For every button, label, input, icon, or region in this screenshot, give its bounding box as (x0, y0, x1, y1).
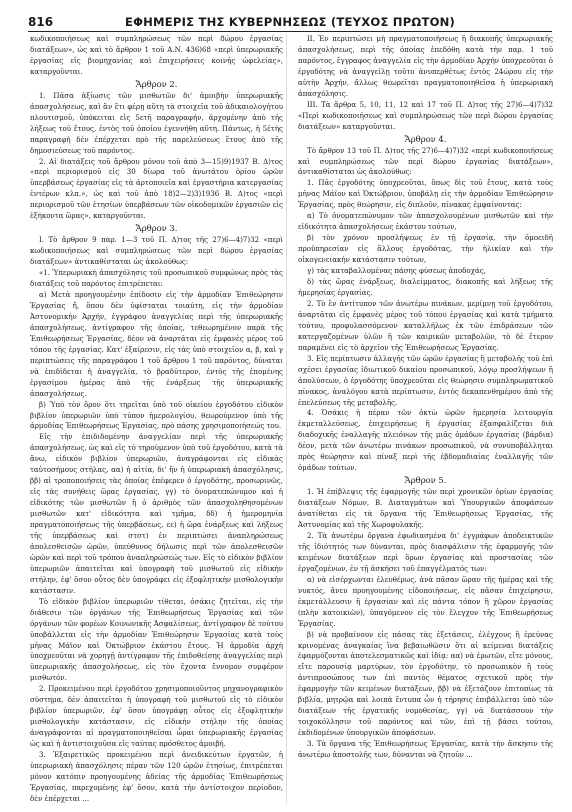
gazette-page: 816 ΕΦΗΜΕΡΙΣ ΤΗΣ ΚΥΒΕΡΝΗΣΕΩΣ (ΤΕΥΧΟΣ ΠΡΩ… (0, 0, 572, 812)
paragraph: 2. Τὸ ἓν ἀντίτυπον τῶν ἀνωτέρω πινάκων, … (298, 299, 553, 354)
paragraph: κωδικοποιήσεως καὶ συμπληρώσεως τῶν περὶ… (30, 34, 283, 78)
paragraph: Ι. Τὸ ἄρθρον 9 παρ. 1—3 τοῦ Π. Δ)τος τῆς… (30, 235, 283, 268)
paragraph: α) Μετὰ προηγουμένην ἐπίδοσιν εἰς τὴν ἁρ… (30, 290, 283, 400)
paragraph: α) νὰ εἰσέρχωνται ἐλευθέρως, ἀνὰ πᾶσαν ὥ… (298, 575, 553, 630)
paragraph: ΙΙ. Ἐν περιπτώσει μὴ πραγματοποιήσεως ἢ … (298, 34, 553, 100)
paragraph: 1. Πᾶς ἐργοδότης ὑποχρεοῦται, ὅπως δὶς τ… (298, 178, 553, 211)
paragraph: 3. Τὰ ὄργανα τῆς Ἐπιθεωρήσεως Ἐργασίας, … (298, 739, 553, 761)
page-number: 816 (28, 15, 88, 29)
paragraph: 4. Ὁσάκις ἡ πέραν τῶν ὀκτὼ ὡρῶν ἡμερησία… (298, 408, 553, 474)
paragraph: 1. Ἡ ἐπίβλεψις τῆς ἐφαρμογῆς τῶν περὶ χρ… (298, 487, 553, 531)
right-column: ΙΙ. Ἐν περιπτώσει μὴ πραγματοποιήσεως ἢ … (298, 34, 553, 761)
paragraph: Τὸ εἰδικὸν βιβλίον ὑπερωριῶν τίθεται, ὁσ… (30, 597, 283, 685)
article-4-heading: Ἄρθρον 4. (298, 133, 553, 146)
running-title: ΕΦΗΜΕΡΙΣ ΤΗΣ ΚΥΒΕΡΝΗΣΕΩΣ (ΤΕΥΧΟΣ ΠΡΩΤΟΝ) (88, 15, 492, 29)
paragraph: β) νὰ προβαίνουν εἰς πάσας τὰς ἐξετάσεις… (298, 630, 553, 740)
paragraph: β) τὸν χρόνον προσλήψεως ἐν τῇ ἐργασίᾳ, … (298, 233, 553, 266)
paragraph: Τὸ ἄρθρον 13 τοῦ Π. Δ)τος τῆς 27)6—4)7)3… (298, 146, 553, 179)
paragraph: δ) τὰς ὥρας ἐνάρξεως, διαλείμματος, διακ… (298, 277, 553, 299)
column-divider (286, 34, 287, 804)
paragraph: Εἰς τὴν ἐπιδιδομένην ἀναγγελίαν περὶ τῆς… (30, 432, 283, 596)
left-column: κωδικοποιήσεως καὶ συμπληρώσεως τῶν περὶ… (30, 34, 283, 805)
paragraph: 1. Πᾶσα ἀξίωσις τῶν μισθωτῶν δι' ἀμοιβὴν… (30, 91, 283, 157)
paragraph: 3. Ἐξαιρετικῶς προκειμένου περὶ ἀνειδικε… (30, 750, 283, 805)
paragraph: 2. Προκειμένου περὶ ἐργοδότου χρησιμοποι… (30, 684, 283, 750)
paragraph: «1. Ὑπερωριακὴ ἀπασχόλησις τοῦ προσωπικο… (30, 268, 283, 290)
article-3-heading: Ἄρθρον 3. (30, 222, 283, 235)
paragraph: 2. Τὰ ἀνωτέρω ὄργανα ἐφωδιασμένα δι' ἐγγ… (298, 531, 553, 575)
paragraph: 2. Αἱ διατάξεις τοῦ ἄρθρου μόνου τοῦ ἀπὸ… (30, 157, 283, 223)
paragraph: β) Ὑπὸ τὸν ὅρον ὅτι τηρεῖται ὑπὸ τοῦ οἰκ… (30, 400, 283, 433)
paragraph: 3. Εἰς περίπτωσιν ἀλλαγῆς τῶν ὡρῶν ἐργασ… (298, 354, 553, 409)
page-header: 816 ΕΦΗΜΕΡΙΣ ΤΗΣ ΚΥΒΕΡΝΗΣΕΩΣ (ΤΕΥΧΟΣ ΠΡΩ… (28, 11, 552, 29)
paragraph: ΙΙΙ. Τὰ ἄρθρα 5, 10, 11, 12 καὶ 17 τοῦ Π… (298, 100, 553, 133)
article-2-heading: Ἄρθρον 2. (30, 78, 283, 91)
paragraph: α) Τὸ ὀνοματεπώνυμον τῶν ἀπασχολουμένων … (298, 211, 553, 233)
header-rule (28, 31, 552, 32)
article-5-heading: Ἄρθρον 5. (298, 474, 553, 487)
paragraph: γ) τὰς καταβαλλομένας πάσης φύσεως ἀποδο… (298, 266, 553, 277)
